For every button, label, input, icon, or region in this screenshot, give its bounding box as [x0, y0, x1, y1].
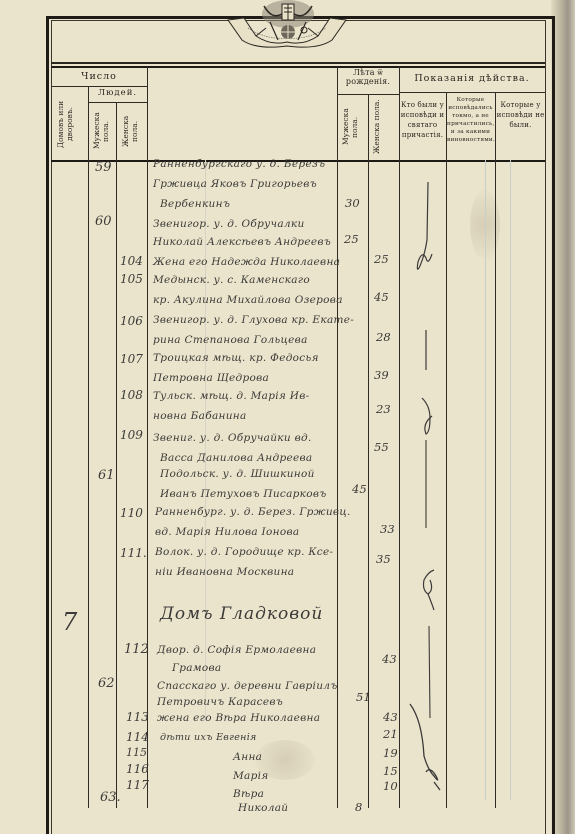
entry-line: Тульск. мѣщ. д. Марія Ив- [153, 390, 310, 402]
male-age: 25 [344, 232, 359, 246]
header-people-group: Людей. [88, 89, 147, 98]
faint-guide-line [510, 160, 511, 800]
female-number: 115 [126, 746, 147, 759]
entry-line: Николай [238, 802, 288, 814]
entry-line: Жена его Надежда Николаевна [153, 256, 340, 268]
female-age: 25 [374, 252, 389, 266]
header-female-age: Женска пола. [372, 98, 394, 156]
female-number: 106 [120, 314, 143, 328]
entry-line: Грамова [172, 662, 221, 674]
female-number: 111. [120, 546, 147, 560]
female-age: 43 [382, 652, 397, 666]
male-number: 61 [98, 468, 115, 483]
header-confessed-communed: Кто были у исповѣди и святаго причастія. [400, 100, 445, 140]
female-number: 104 [120, 254, 143, 268]
entry-line: Спасскаго у. деревни Гавріилъ [157, 680, 338, 692]
col-divider-female-count [147, 66, 148, 808]
entry-line: Подольск. у. д. Шишкиной [160, 468, 315, 480]
entry-line: Ранненбургскаго у. д. Березъ [153, 158, 325, 170]
female-number: 110 [120, 506, 143, 520]
header-male-count: Мужеска пола. [92, 106, 112, 156]
female-number: 105 [120, 272, 143, 286]
entry-line: Грживца Яковъ Григорьевъ [153, 178, 317, 190]
male-age: 8 [355, 800, 362, 814]
faint-guide-line [485, 160, 486, 800]
entry-line: Петровна Щедрова [153, 372, 269, 384]
header-age-group: Лѣта ѿ рожденія. [339, 68, 397, 86]
entry-line: рина Степанова Гольцева [153, 334, 308, 346]
female-age: 33 [380, 522, 395, 536]
people-group-rule [88, 102, 147, 103]
entry-line: Анна [233, 751, 262, 763]
female-age: 43 [383, 710, 398, 724]
female-age: 15 [383, 764, 398, 778]
male-age: 45 [352, 482, 367, 496]
male-number: 60 [95, 214, 112, 229]
header-male-age: Мужеска пола. [341, 98, 363, 156]
header-top-rule [51, 66, 545, 68]
female-age: 19 [383, 746, 398, 760]
header-confessed-not-communed: Которые исповѣдались токмо, а не причаст… [447, 96, 494, 144]
title-rule [51, 62, 545, 64]
male-number: 59 [95, 160, 112, 175]
male-age: 51 [356, 690, 371, 704]
entry-line: Двор. д. Софія Ермолаевна [157, 644, 316, 656]
col-divider-names [337, 66, 338, 808]
female-number: 114 [126, 730, 149, 744]
header-households: Домовъ или дворовъ. [56, 92, 84, 156]
double-headed-eagle-emblem-icon [256, 0, 320, 50]
header-female-count: Женска пола. [121, 106, 141, 156]
house-heading: Домъ Гладковой [160, 604, 323, 624]
female-age: 39 [374, 368, 389, 382]
female-age: 55 [374, 440, 389, 454]
entry-line: Петровичъ Карасевъ [157, 696, 283, 708]
entry-line: Звенигор. у. д. Обручалки [153, 218, 305, 230]
female-number: 116 [126, 762, 149, 776]
entry-line: Марія [233, 770, 269, 782]
female-number: 117 [126, 778, 149, 792]
female-age: 21 [383, 727, 398, 741]
col-divider-households [88, 86, 89, 808]
entry-line: Троицкая мѣщ. кр. Федосья [153, 352, 319, 364]
female-age: 23 [376, 402, 391, 416]
female-number: 112 [124, 642, 149, 657]
entry-line: Звениг. у. д. Обручайки вд. [153, 432, 312, 444]
number-group-rule [51, 86, 147, 87]
entry-line: Волок. у. д. Городище кр. Ксе- [155, 546, 333, 558]
female-age: 35 [376, 552, 391, 566]
entry-line: Ранненбург. у. д. Берез. Грживц. [155, 506, 351, 518]
female-age: 10 [383, 779, 398, 793]
entry-line: Иванъ Петуховъ Писарковъ [160, 488, 327, 500]
header-confession-group: Показанія дѣйства. [399, 74, 545, 83]
female-age: 28 [376, 330, 391, 344]
male-number: 62 [98, 676, 115, 691]
household-number: 7 [62, 608, 77, 636]
entry-line: Звенигор. у. д. Глухова кр. Екате- [153, 314, 354, 326]
entry-line: кр. Акулина Михайлова Озерова [153, 294, 343, 306]
entry-line: ніи Ивановна Москвина [155, 566, 294, 578]
col-divider-male-count [116, 102, 117, 808]
entry-line: вд. Марія Нилова Іонова [155, 526, 299, 538]
entry-line: Васса Данилова Андреева [160, 452, 312, 464]
male-number: 63. [100, 790, 121, 805]
header-not-confessed: Которые у исповѣди не были. [496, 100, 545, 130]
entry-line: Вѣра [233, 788, 264, 800]
female-number: 107 [120, 352, 143, 366]
col-divider-not-communed [495, 92, 496, 808]
entry-line: новна Бабанина [153, 410, 247, 422]
entry-line: Николай Алексѣевъ Андреевъ [153, 236, 331, 248]
entry-line: Вербенкинъ [160, 198, 230, 210]
male-age: 30 [345, 196, 360, 210]
female-number: 108 [120, 388, 143, 402]
entry-line: жена его Вѣра Николаевна [157, 712, 320, 724]
entry-line: дѣти ихъ Евгенія [160, 732, 257, 743]
header-number-group: Число [51, 72, 147, 81]
female-age: 45 [374, 290, 389, 304]
female-number: 113 [126, 710, 149, 724]
female-number: 109 [120, 428, 143, 442]
entry-line: Медынск. у. с. Каменскаго [153, 274, 310, 286]
confession-group-rule [399, 92, 545, 93]
confession-marks-strokes [400, 170, 448, 810]
